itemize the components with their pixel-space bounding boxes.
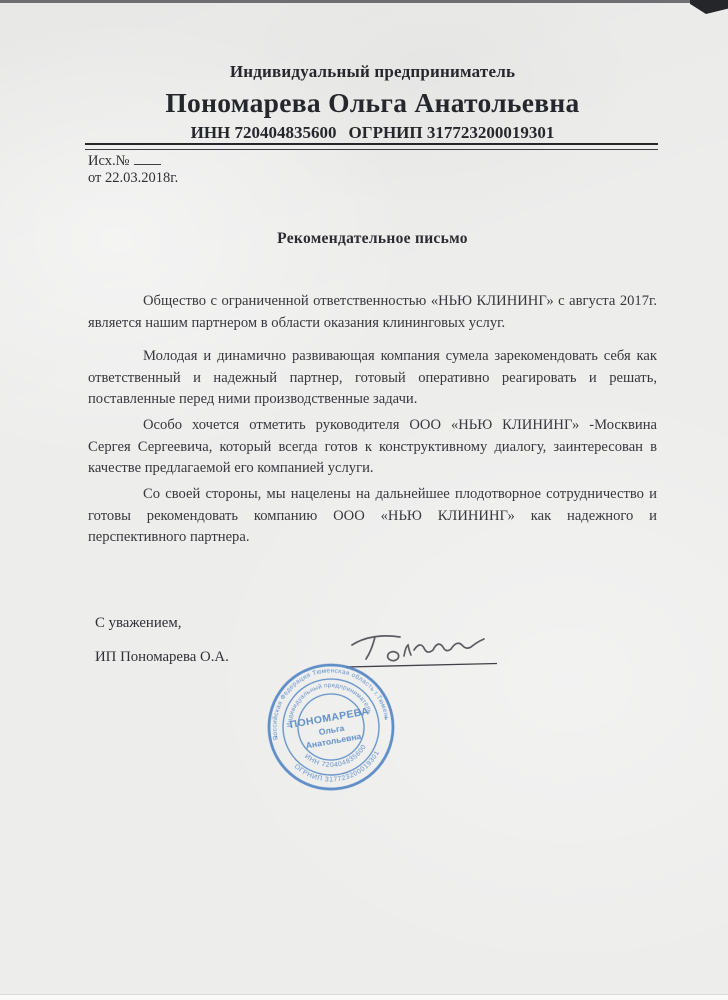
- scan-edge-artifact-bottom: [0, 994, 728, 1000]
- letter-paragraph-2: Молодая и динамично развивающая компания…: [88, 346, 657, 411]
- letterhead-inn: ИНН 720404835600: [185, 123, 343, 142]
- letter-paragraph-3: Особо хочется отметить руководителя ООО …: [88, 415, 657, 480]
- letterhead-name: Пономарева Ольга Анатольевна: [88, 87, 657, 119]
- letterhead-divider-rule: [85, 143, 658, 150]
- outgoing-number-line: Исх.№: [88, 151, 161, 170]
- closing-signer-name: ИП Пономарева О.А.: [95, 649, 229, 666]
- scan-edge-artifact-top: [0, 0, 694, 3]
- letterhead-ogrnip: ОГРНИП 317723200019301: [343, 123, 561, 142]
- scan-corner-artifact: [690, 0, 728, 14]
- letter-paragraph-4: Со своей стороны, мы нацелены на дальней…: [88, 484, 657, 549]
- outgoing-number-label: Исх.№: [88, 153, 129, 169]
- letter-paragraph-1: Общество с ограниченной ответственностью…: [88, 291, 657, 334]
- letter-title: Рекомендательное письмо: [88, 230, 657, 248]
- closing-regards: С уважением,: [95, 615, 181, 632]
- date-line: от 22.03.2018г.: [88, 170, 178, 187]
- letterhead-registration-ids: ИНН 720404835600ОГРНИП 317723200019301: [88, 123, 657, 143]
- letterhead: Индивидуальный предприниматель Пономарев…: [88, 62, 657, 143]
- letterhead-type-line: Индивидуальный предприниматель: [88, 62, 657, 82]
- round-seal-stamp: Российская Федерация Тюменская область г…: [238, 634, 423, 819]
- scanned-letter-page: Индивидуальный предприниматель Пономарев…: [0, 0, 728, 1000]
- outgoing-number-blank: [134, 151, 161, 165]
